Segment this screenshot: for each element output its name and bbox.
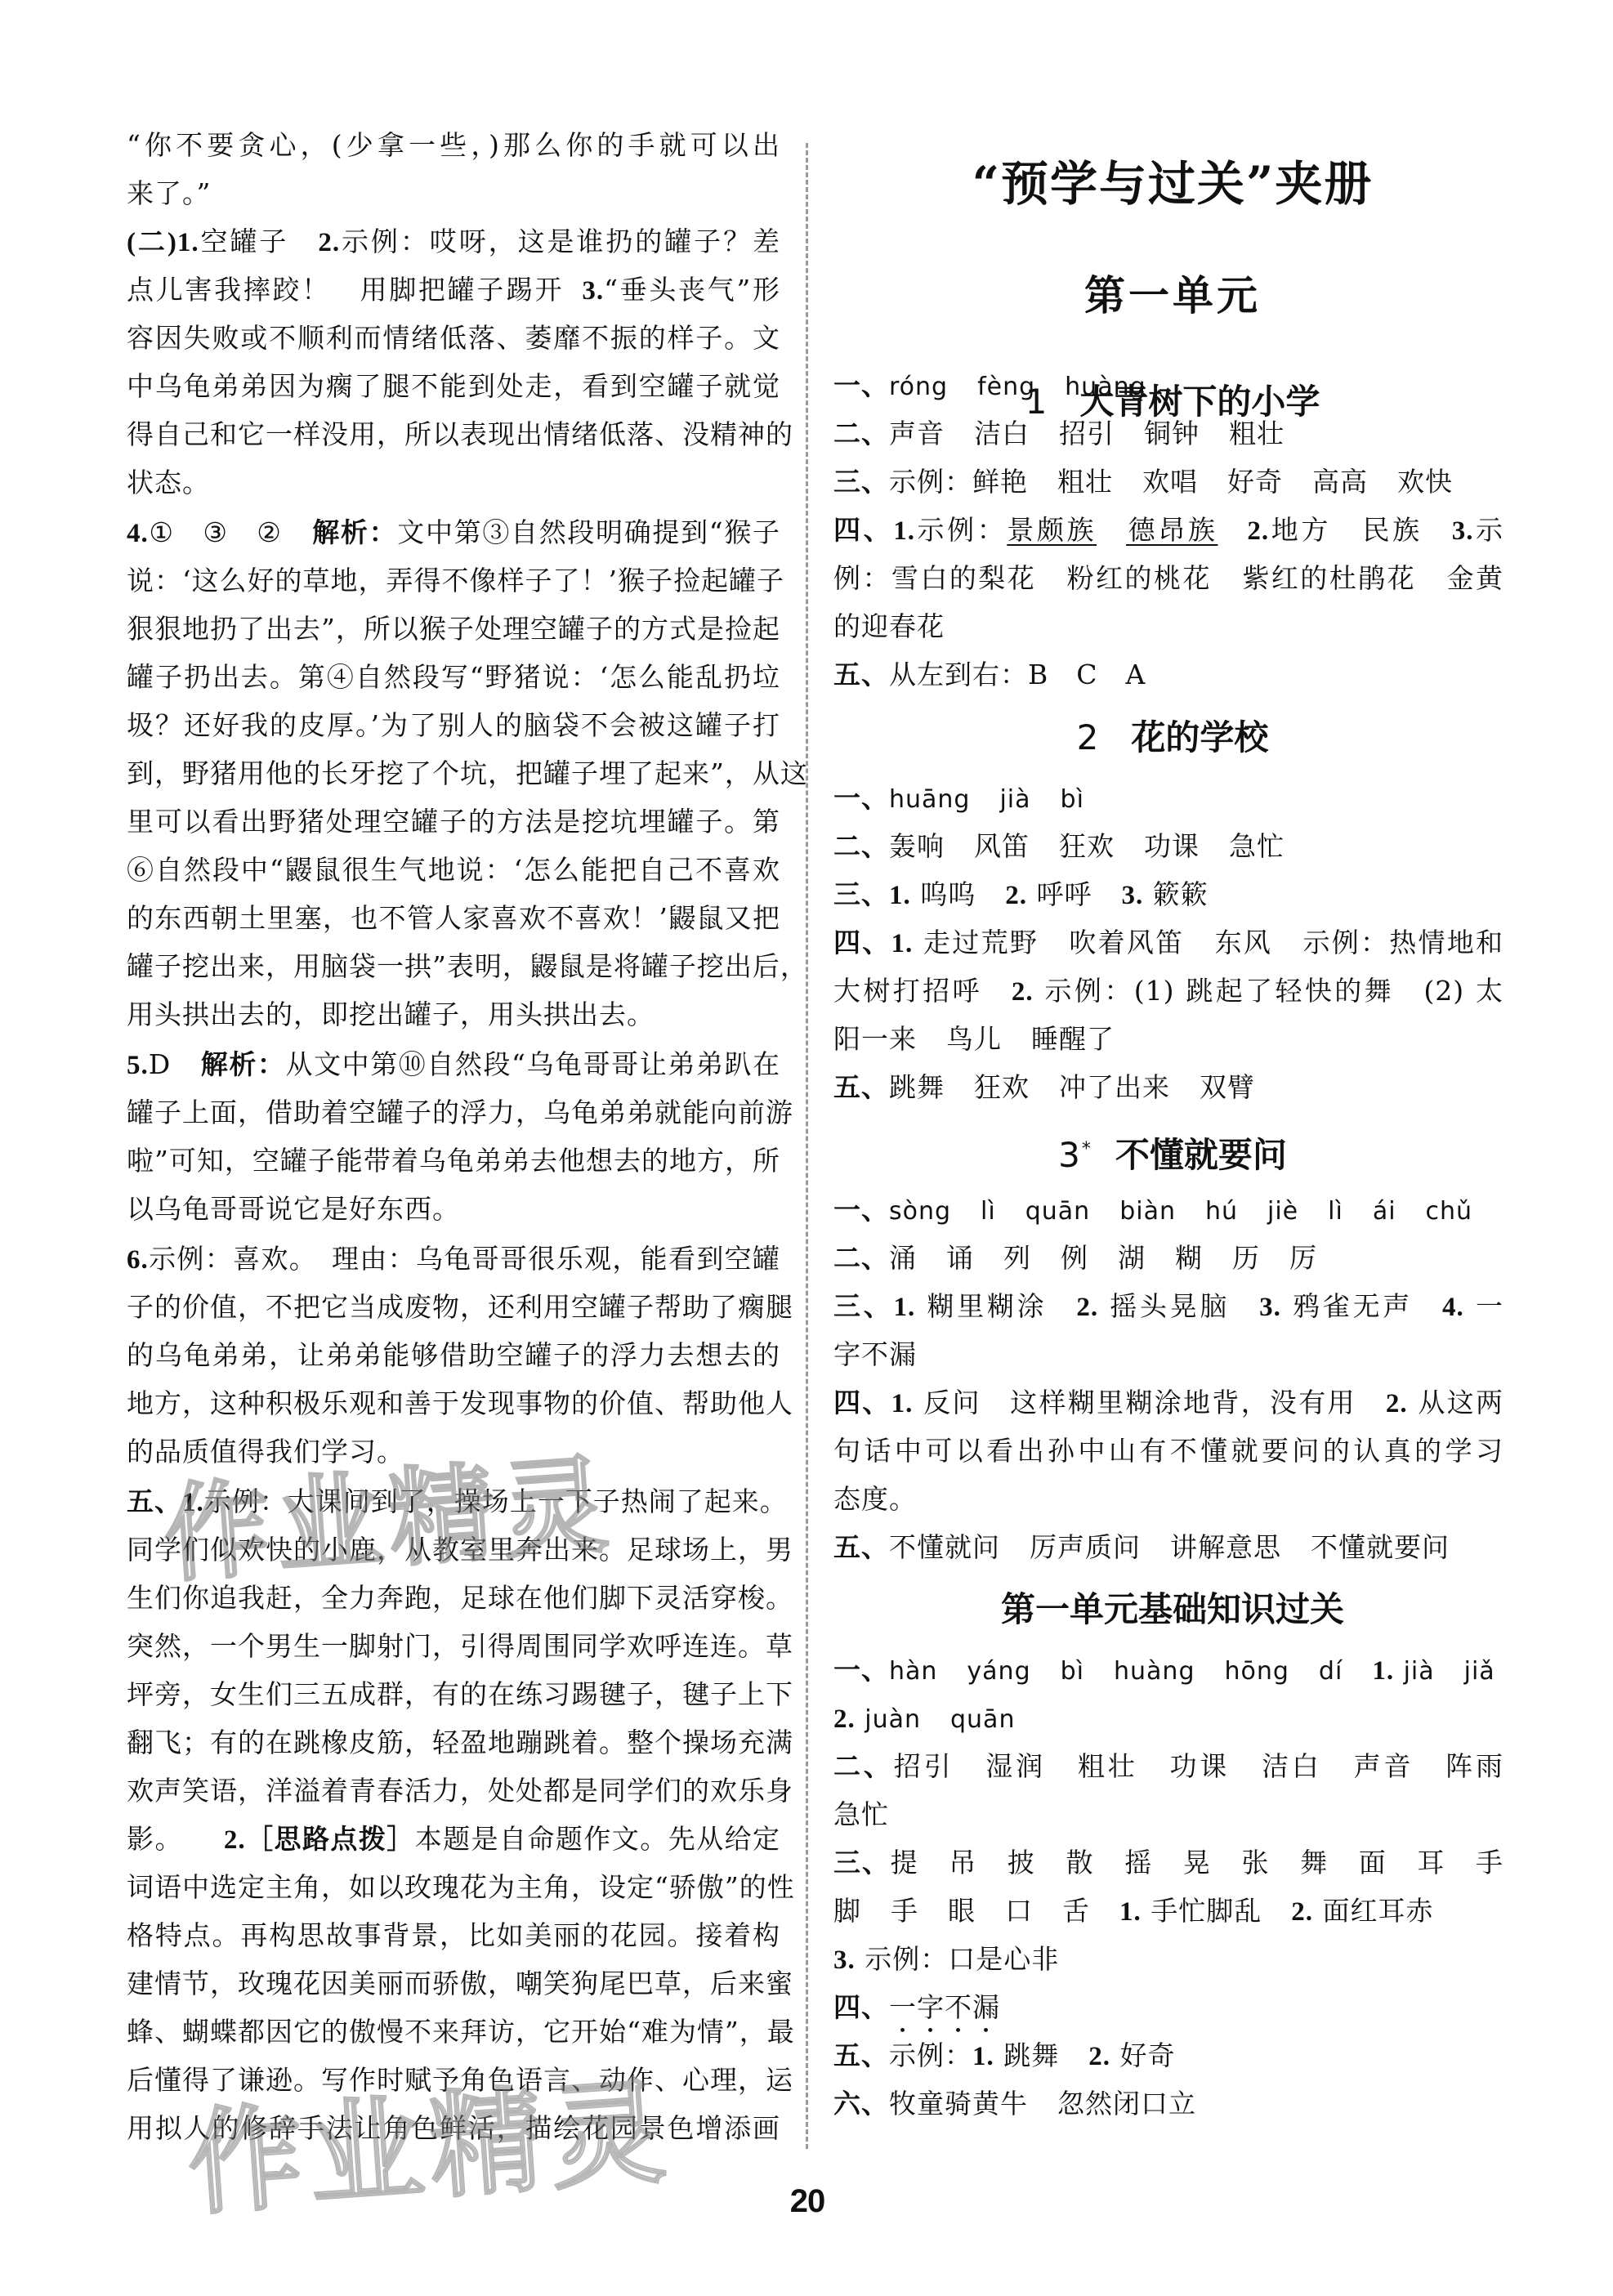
answer-text: 从这两 [1418, 1387, 1504, 1418]
lesson3-q2: 二、涌诵列例湖糊历厉 [833, 1242, 1504, 1275]
text-line: ⑥自然段中“鼹鼠很生气地说：‘怎么能把自己不喜欢 [127, 854, 780, 887]
answer-word: 忽然闭口立 [1057, 2088, 1196, 2120]
answer-key-page: “你不要贪心，(少拿一些，)那么你的手就可以出 来了。” (二)1.空罐子2.示… [0, 0, 1613, 2296]
answer-word: 功课 [1168, 1750, 1231, 1782]
pinyin: quān [950, 1705, 1015, 1734]
answer-text: D [149, 1048, 171, 1080]
answer-char: 晃 [1182, 1847, 1212, 1878]
answer-word: 粗壮 [1075, 1750, 1138, 1782]
question-number: 1. [177, 228, 199, 257]
text-line: 词语中选定主角，如以玫瑰花为主角，设定“骄傲”的性 [127, 1871, 780, 1904]
answer-word: 阳一来 [833, 1023, 917, 1055]
pinyin: lì [1328, 1197, 1343, 1226]
answer-text: 本题是自命题作文。先从给定 [415, 1823, 780, 1855]
text-line: 欢声笑语，洋溢着青春活力，处处都是同学们的欢乐身 [127, 1775, 780, 1807]
answer-word: 欢快 [1397, 466, 1453, 498]
pinyin: jiǎ [1464, 1657, 1495, 1686]
answer-word: 手忙脚乱 [1151, 1895, 1262, 1927]
review-q1: 一、hànyángbìhuànghōngdí1. jiàjiǎ [833, 1654, 1504, 1686]
example-prefix: 示例： [915, 514, 1007, 546]
answer-word: 面红耳赤 [1323, 1895, 1434, 1927]
pinyin: hōng [1224, 1657, 1289, 1686]
answer-word: 好奇 [1120, 2039, 1176, 2071]
answer-word: 诵 [946, 1242, 974, 1274]
question-number: 1. [1119, 1897, 1142, 1927]
pinyin: hú [1205, 1197, 1238, 1226]
answer-q4: 4.① ③ ②解析：文中第③自然段明确提到“猴子 [127, 516, 780, 549]
lesson3-q3: 三、1. 糊里糊涂2. 摇头晃脑3. 鸦雀无声4. 一 [833, 1290, 1504, 1323]
unit-review-heading: 第一单元基础知识过关 [833, 1588, 1512, 1631]
answer-char: 舌 [1062, 1895, 1090, 1927]
pinyin: huāng [889, 785, 970, 814]
text-line: 罐子扔出去。第④自然段写“野猪说：‘怎么能乱扔垃 [127, 661, 780, 694]
answer-word: 高高 [1312, 466, 1368, 498]
question-label: 四、 [833, 516, 893, 546]
pinyin: chǔ [1426, 1197, 1473, 1226]
text-line: 容因失败或不顺利而情绪低落、萎靡不振的样子。文 [127, 322, 780, 355]
text-line: 生们你追我赶，全力奔跑，足球在他们脚下灵活穿梭。 [127, 1582, 780, 1615]
question-number: 2. [1291, 1897, 1313, 1927]
answer-word: 招引 [1059, 418, 1115, 449]
question-number: 1. [1372, 1656, 1394, 1686]
lesson1-q4-line2: 例：雪白的梨花粉红的桃花紫红的杜鹃花金黄 [833, 562, 1504, 595]
unit-title: 第一单元 [833, 271, 1512, 320]
answer-word: 睡醒了 [1031, 1023, 1115, 1055]
answer-word: 讲解意思 [1170, 1531, 1281, 1563]
answer-word: 地方 [1269, 514, 1331, 546]
analysis-text: 文中第③自然段明确提到“猴子 [397, 516, 780, 548]
analysis-label: 解析： [312, 519, 398, 548]
question-number: 3. [1259, 1293, 1281, 1322]
lesson3-q4: 四、1. 反问 这样糊里糊涂地背，没有用2. 从这两 [833, 1387, 1504, 1419]
pinyin: quān [1025, 1197, 1090, 1226]
question-number: 1. [972, 2042, 994, 2071]
question-number: 1. [891, 929, 914, 958]
review-q6: 六、牧童骑黄牛忽然闭口立 [833, 2088, 1504, 2120]
answer-word: 走过荒野 [923, 927, 1039, 958]
answer-part-5-q1: 五、1.示例：大课间到了，操场上一下子热闹了起来。 [127, 1485, 780, 1518]
text-line: 同学们似欢快的小鹿，从教室里奔出来。足球场上，男 [127, 1534, 780, 1566]
column-divider [806, 143, 808, 2149]
text-line: 格特点。再构思故事背景，比如美丽的花园。接着构 [127, 1919, 780, 1952]
text-line: 状态。 [127, 467, 780, 499]
question-number: 1. [893, 516, 915, 546]
text-line: 的品质值得我们学习。 [127, 1436, 780, 1468]
answer-text: 示例：(1) 跳起了轻快的舞 (2) 太 [1045, 975, 1504, 1007]
answer-word: 呼呼 [1037, 878, 1092, 910]
lesson2-q4-line3: 阳一来鸟儿睡醒了 [833, 1023, 1504, 1056]
answer-char: 张 [1241, 1847, 1271, 1878]
answer-text: ① ③ ② [149, 516, 283, 548]
review-q2: 二、招引湿润粗壮功课洁白声音阵雨 [833, 1750, 1504, 1783]
answer-text: 示 [1473, 514, 1504, 546]
analysis-text: 从文中第⑩自然段“乌龟哥哥让弟弟趴在 [286, 1048, 781, 1080]
lesson1-q1: 一、róngfènghuàng [833, 369, 1504, 402]
question-number: 1. [893, 1293, 915, 1322]
answer-q6: 6.示例：喜欢。 理由：乌龟哥哥很乐观，能看到空罐 [127, 1243, 780, 1275]
answer-word: 湿润 [983, 1750, 1046, 1782]
answer-word: 例：雪白的梨花 [833, 562, 1036, 594]
answer-word: 厉声质问 [1030, 1531, 1141, 1563]
text-line: 点儿害我摔跤！ 用脚把罐子踢开3.“垂头丧气”形 [127, 274, 780, 306]
answer-word: 声音 [1352, 1750, 1414, 1782]
pinyin: jiè [1267, 1197, 1298, 1226]
example-prefix: 示例： [889, 466, 972, 498]
pinyin: hàn [889, 1657, 937, 1686]
question-number: 2. [1386, 1389, 1408, 1418]
text-line: 圾？还好我的皮厚。’为了别人的脑袋不会被这罐子打 [127, 709, 780, 742]
text-line: “你不要贪心，(少拿一些，)那么你的手就可以出 [127, 129, 780, 162]
lesson2-q5: 五、跳舞狂欢冲了出来双臂 [833, 1071, 1504, 1104]
pinyin: sòng [889, 1197, 951, 1226]
answer-word: 好奇 [1227, 466, 1283, 498]
question-number: 2. [1012, 977, 1034, 1007]
lesson3-q4-line2: 句话中可以看出孙中山有不懂就要问的认真的学习 [833, 1435, 1504, 1467]
optional-lesson-mark: * [1082, 1139, 1091, 1159]
lesson-number: 2 [1077, 717, 1099, 757]
lesson1-q4-line3: 的迎春花 [833, 610, 1504, 643]
text-line: 罐子上面，借助着空罐子的浮力，乌龟弟弟就能向前游 [127, 1097, 780, 1129]
question-label: 六、 [833, 2090, 889, 2120]
answer-char: 手 [1475, 1847, 1504, 1878]
answer-text: 空罐子 [199, 226, 289, 257]
text-line: 建情节，玫瑰花因美丽而骄傲，嘲笑狗尾巴草，后来蜜 [127, 1968, 780, 2000]
question-label: 五、 [833, 661, 889, 690]
text-line: 狠狠地扔了出去”，所以猴子处理空罐子的方式是捡起 [127, 613, 780, 645]
part-label: (二) [127, 228, 177, 257]
question-label: 三、 [833, 881, 889, 910]
answer-word: 吹着风笛 [1068, 927, 1184, 958]
review-q4: 四、一字不漏 [833, 1991, 1504, 2024]
answer-part-5-q2: 影。2.［思路点拨］本题是自命题作文。先从给定 [127, 1823, 780, 1856]
question-label: 一、 [833, 372, 889, 401]
answer-word: 声音 [889, 418, 945, 449]
question-number: 2. [318, 228, 340, 257]
answer-text: 反问 这样糊里糊涂地背，没有用 [923, 1387, 1356, 1418]
answer-word: 欢唱 [1142, 466, 1198, 498]
hint-label: ［思路点拨］ [246, 1823, 415, 1855]
lesson2-q4-line2: 大树打招呼2. 示例：(1) 跳起了轻快的舞 (2) 太 [833, 975, 1504, 1007]
answer-text: “垂头丧气”形 [604, 274, 780, 306]
answer-word: 民族 [1361, 514, 1423, 546]
question-label: 四、 [833, 929, 891, 958]
review-q1-line2: 2. juànquān [833, 1702, 1504, 1735]
question-label: 二、 [833, 420, 889, 449]
pinyin: jià [1404, 1657, 1435, 1686]
question-number: 1. [891, 1389, 914, 1418]
question-label: 四、 [833, 1389, 891, 1418]
question-number: 2. [1076, 1293, 1098, 1322]
pinyin: fèng [977, 373, 1035, 401]
answer-q5: 5.D解析：从文中第⑩自然段“乌龟哥哥让弟弟趴在 [127, 1048, 780, 1081]
answer-word: 簌簌 [1153, 878, 1209, 910]
question-number: 2. [224, 1825, 246, 1855]
answer-char: 脚 [833, 1895, 861, 1927]
text-line: 罐子挖出来，用脑袋一拱”表明，鼹鼠是将罐子挖出后， [127, 950, 780, 983]
lesson2-q4: 四、1. 走过荒野吹着风笛东风示例：热情地和 [833, 927, 1504, 959]
text-line: 地方，这种积极乐观和善于发现事物的价值、帮助他人 [127, 1387, 780, 1420]
lesson-title: 花的学校 [1131, 717, 1268, 757]
pinyin: yáng [967, 1657, 1030, 1686]
answer-word: 狂欢 [974, 1071, 1030, 1103]
text-line: 翻飞；有的在跳橡皮筋，轻盈地蹦跳着。整个操场充满 [127, 1726, 780, 1759]
pinyin: dí [1319, 1657, 1343, 1686]
answer-word: 大树打招呼 [833, 975, 982, 1007]
question-number: 2. [833, 1704, 856, 1734]
answer-word: 轰响 [889, 830, 945, 862]
text-line: 的东西朝土里塞，也不管人家喜欢不喜欢！’鼹鼠又把 [127, 902, 780, 935]
answer-word: 铜钟 [1144, 418, 1200, 449]
answer-text: 点儿害我摔跤！ 用脚把罐子踢开 [127, 274, 564, 306]
answer-text: 影。 [127, 1823, 183, 1855]
review-q5: 五、示例：1. 跳舞2. 好奇 [833, 2039, 1504, 2072]
question-label: 二、 [833, 1753, 894, 1782]
answer-word: 粗壮 [1057, 466, 1113, 498]
lesson2-q3: 三、1. 呜呜2. 呼呼3. 簌簌 [833, 878, 1504, 911]
question-number: 6. [127, 1245, 149, 1275]
answer-word: 例 [1061, 1242, 1088, 1274]
text-line: 得自己和它一样没用，所以表现出情绪低落、没精神的 [127, 418, 780, 451]
answer-word: 粗壮 [1229, 418, 1285, 449]
pinyin: róng [889, 373, 948, 401]
question-label: 三、 [833, 1293, 893, 1322]
answer-text: 示例：大课间到了，操场上一下子热闹了起来。 [204, 1485, 788, 1517]
question-number: 3. [1122, 881, 1144, 910]
emphasized-answer: 一字不漏 [889, 1991, 1000, 2023]
answer-text: 从左到右：B C A [889, 659, 1146, 690]
answer-word: 涌 [889, 1242, 917, 1274]
question-number: 4. [1442, 1293, 1464, 1322]
question-label: 三、 [833, 468, 889, 498]
answer-word: 糊 [1175, 1242, 1203, 1274]
answer-word: 阵雨 [1443, 1750, 1504, 1782]
text-line: 蜂、蝴蝶都因它的傲慢不来拜访，它开始“难为情”，最 [127, 2016, 780, 2048]
lesson1-q5: 五、从左到右：B C A [833, 659, 1504, 691]
example-prefix: 示例： [889, 2039, 972, 2071]
question-number: 3. [1452, 516, 1474, 546]
question-number: 2. [1005, 881, 1027, 910]
watermark: 作业精灵 [160, 1447, 618, 1592]
answer-word: 紫红的杜鹃花 [1241, 562, 1416, 594]
answer-word: 双臂 [1200, 1071, 1255, 1103]
lesson1-q4: 四、1.示例：景颇族德昂族2.地方民族3.示 [833, 514, 1504, 547]
answer-char: 眼 [948, 1895, 976, 1927]
answer-word: 跳舞 [1003, 2039, 1059, 2071]
answer-char: 手 [891, 1895, 918, 1927]
lesson1-q3: 三、示例：鲜艳粗壮欢唱好奇高高欢快 [833, 466, 1504, 498]
pinyin: ái [1373, 1197, 1396, 1226]
review-q3-line2: 脚手眼口舌1. 手忙脚乱2. 面红耳赤 [833, 1895, 1504, 1927]
answer-word: 鸟儿 [946, 1023, 1002, 1055]
underlined-answer: 景颇族 [1007, 514, 1097, 546]
lesson1-q2: 二、声音洁白招引铜钟粗壮 [833, 418, 1504, 450]
answer-word: 呜呜 [920, 878, 976, 910]
text-line: 到，野猪用他的长牙挖了个坑，把罐子埋了起来”，从这 [127, 757, 780, 790]
answer-word: 不懂就要问 [1311, 1531, 1450, 1563]
answer-word: 牧童骑黄牛 [889, 2088, 1028, 2120]
question-number: 1. [889, 881, 911, 910]
answer-word: 历 [1232, 1242, 1260, 1274]
answer-text: 示例：口是心非 [865, 1943, 1059, 1975]
question-label: 一、 [833, 1196, 889, 1226]
question-number: 5. [127, 1051, 149, 1080]
answer-word: 东风 [1213, 927, 1272, 958]
booklet-title: “预学与过关”夹册 [833, 155, 1512, 212]
answer-word: 鸦雀无声 [1293, 1290, 1413, 1322]
text-line: 的乌龟弟弟，让弟弟能够借助空罐子的浮力去想去的 [127, 1339, 780, 1372]
answer-text: 示例：哎呀，这是谁扔的罐子？差 [340, 226, 780, 257]
answer-word: 金黄 [1445, 562, 1504, 594]
answer-char: 面 [1358, 1847, 1387, 1878]
question-number: 4. [127, 519, 149, 548]
question-label: 二、 [833, 833, 889, 862]
answer-char: 摇 [1124, 1847, 1153, 1878]
pinyin: jià [999, 785, 1030, 814]
review-q3: 三、提吊披散摇晃张舞面耳手 [833, 1847, 1504, 1879]
answer-word: 厉 [1289, 1242, 1317, 1274]
pinyin: biàn [1119, 1197, 1176, 1226]
answer-word: 一 [1476, 1290, 1504, 1322]
question-number: 五、1. [127, 1488, 204, 1517]
answer-word: 示例：热情地和 [1302, 927, 1504, 958]
answer-char: 提 [891, 1847, 919, 1878]
pinyin: lì [981, 1197, 996, 1226]
underlined-answer: 德昂族 [1126, 514, 1218, 546]
answer-word: 摇头晃脑 [1110, 1290, 1230, 1322]
lesson-title: 不懂就要问 [1115, 1135, 1287, 1175]
text-line: 啦”可知，空罐子能带着乌龟弟弟去他想去的地方，所 [127, 1145, 780, 1177]
answer-word: 功课 [1144, 830, 1200, 862]
text-line: 来了。” [127, 177, 780, 210]
question-label: 一、 [833, 784, 889, 814]
pinyin: huàng [1114, 1657, 1195, 1686]
answer-word: 糊里糊涂 [927, 1290, 1047, 1322]
question-label: 五、 [833, 2042, 889, 2071]
review-q3-line3: 3. 示例：口是心非 [833, 1943, 1504, 1976]
answer-word: 跳舞 [889, 1071, 945, 1103]
answer-word: 风笛 [974, 830, 1030, 862]
question-number: 2. [1247, 516, 1269, 546]
pinyin: huàng [1065, 373, 1146, 401]
answer-word: 招引 [894, 1750, 954, 1782]
answer-word: 粉红的桃花 [1066, 562, 1212, 594]
text-line: 突然，一个男生一脚射门，引得周围同学欢呼连连。草 [127, 1630, 780, 1663]
answer-word: 鲜艳 [972, 466, 1028, 498]
pinyin: bì [1061, 785, 1084, 814]
lesson2-q2: 二、轰响风笛狂欢功课急忙 [833, 830, 1504, 863]
question-number: 2. [1088, 2042, 1110, 2071]
answer-char: 舞 [1299, 1847, 1329, 1878]
question-label: 三、 [833, 1849, 891, 1878]
review-q2-line2: 急忙 [833, 1798, 1504, 1831]
pinyin: juàn [865, 1705, 921, 1734]
lesson-heading-2: 2花的学校 [833, 717, 1512, 759]
question-label: 一、 [833, 1656, 889, 1686]
answer-text: 示例：喜欢。 理由：乌龟哥哥很乐观，能看到空罐 [149, 1243, 780, 1275]
answer-word: 洁白 [974, 418, 1030, 449]
answer-char: 散 [1066, 1847, 1095, 1878]
text-line: 坪旁，女生们三五成群，有的在练习踢毽子，毽子上下 [127, 1678, 780, 1711]
lesson3-q5: 五、不懂就问厉声质问讲解意思不懂就要问 [833, 1531, 1504, 1564]
lesson2-q1: 一、huāngjiàbì [833, 782, 1504, 815]
text-line: 里可以看出野猪处理空罐子的方法是挖坑埋罐子。第 [127, 806, 780, 838]
question-label: 二、 [833, 1244, 889, 1274]
lesson-number: 3 [1058, 1135, 1080, 1175]
answer-char: 口 [1005, 1895, 1033, 1927]
text-line: 说：‘这么好的草地，弄得不像样子了！’猴子捡起罐子 [127, 565, 780, 597]
answer-word: 冲了出来 [1059, 1071, 1170, 1103]
question-label: 五、 [833, 1074, 889, 1103]
answer-word: 急忙 [1229, 830, 1285, 862]
question-label: 四、 [833, 1994, 889, 2023]
answer-word: 狂欢 [1059, 830, 1115, 862]
answer-word: 洁白 [1259, 1750, 1322, 1782]
lesson3-q3-line2: 字不漏 [833, 1338, 1504, 1371]
text-line: 后懂得了谦逊。写作时赋予角色语言、动作、心理，运 [127, 2064, 780, 2097]
question-number: 3. [833, 1945, 856, 1975]
answer-word: 湖 [1118, 1242, 1146, 1274]
answer-char: 披 [1007, 1847, 1036, 1878]
answer-char: 耳 [1417, 1847, 1446, 1878]
answer-word: 列 [1003, 1242, 1031, 1274]
lesson-heading-3: 3*不懂就要问 [833, 1128, 1512, 1177]
text-line: 子的价值，不把它当成废物，还利用空罐子帮助了瘸腿 [127, 1291, 780, 1324]
page-number: 20 [775, 2183, 840, 2219]
text-line: 用头拱出去的，即挖出罐子，用头拱出去。 [127, 998, 780, 1031]
text-line: 用拟人的修辞手法让角色鲜活，描绘花园景色增添画 [127, 2112, 780, 2145]
text-line: 中乌龟弟弟因为瘸了腿不能到处走，看到空罐子就觉 [127, 370, 780, 403]
answer-char: 吊 [948, 1847, 977, 1878]
pinyin: bì [1061, 1657, 1084, 1686]
answer-word: 不懂就问 [889, 1531, 1000, 1563]
lesson3-q1: 一、sònglìquānbiànhújièlìáichǔ [833, 1194, 1504, 1226]
analysis-label: 解析： [200, 1051, 285, 1080]
answer-part-2-q1-q2: (二)1.空罐子2.示例：哎呀，这是谁扔的罐子？差 [127, 226, 780, 258]
text-line: 以乌龟哥哥说它是好东西。 [127, 1193, 780, 1226]
lesson3-q4-line3: 态度。 [833, 1483, 1504, 1516]
question-label: 五、 [833, 1534, 889, 1563]
question-number: 3. [582, 276, 604, 306]
